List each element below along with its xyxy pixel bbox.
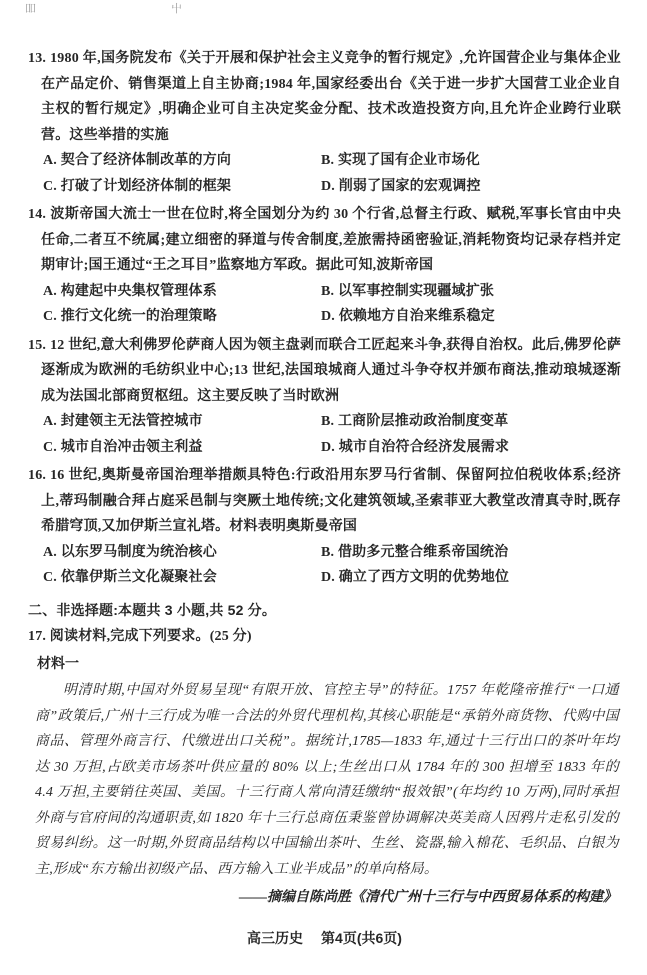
- footer-page-number: 第4页(共6页): [321, 930, 402, 946]
- options-group: A. 以东罗马制度为统治核心 B. 借助多元整合维系帝国统治 C. 依靠伊斯兰文…: [28, 540, 621, 591]
- material-1-citation: ——摘编自陈尚胜《清代广州十三行与中西贸易体系的构建》: [28, 885, 617, 911]
- question-number: 15.: [28, 338, 50, 353]
- question-stem-text: 16 世纪,奥斯曼帝国治理举措颇具特色:行政沿用东罗马行省制、保留阿拉伯税收体系…: [41, 468, 621, 534]
- option-b: B. 工商阶层推动政治制度变革: [321, 409, 621, 435]
- option-c: C. 打破了计划经济体制的框架: [43, 174, 321, 200]
- question-stem: 15.12 世纪,意大利佛罗伦萨商人因为领主盘剥而联合工匠起来斗争,获得自治权。…: [28, 333, 621, 410]
- question-number: 16.: [28, 468, 50, 483]
- option-a: A. 封建领主无法管控城市: [43, 409, 321, 435]
- page-footer: 高三历史第4页(共6页): [28, 926, 621, 952]
- question-stem: 16.16 世纪,奥斯曼帝国治理举措颇具特色:行政沿用东罗马行省制、保留阿拉伯税…: [28, 463, 621, 540]
- question-13: 13.1980 年,国务院发布《关于开展和保护社会主义竞争的暂行规定》,允许国营…: [28, 46, 621, 199]
- question-stem-text: 波斯帝国大流士一世在位时,将全国划分为约 30 个行省,总督主行政、赋税,军事长…: [41, 207, 621, 273]
- question-17-intro: 17. 阅读材料,完成下列要求。(25 分): [28, 624, 621, 650]
- question-16: 16.16 世纪,奥斯曼帝国治理举措颇具特色:行政沿用东罗马行省制、保留阿拉伯税…: [28, 463, 621, 591]
- options-group: A. 构建起中央集权管理体系 B. 以军事控制实现疆域扩张 C. 推行文化统一的…: [28, 279, 621, 330]
- option-d: D. 城市自治符合经济发展需求: [321, 435, 621, 461]
- options-group: A. 封建领主无法管控城市 B. 工商阶层推动政治制度变革 C. 城市自治冲击领…: [28, 409, 621, 460]
- option-b: B. 以军事控制实现疆域扩张: [321, 279, 621, 305]
- print-registration-mark: 吅: [25, 3, 36, 15]
- option-a: A. 契合了经济体制改革的方向: [43, 148, 321, 174]
- option-c: C. 推行文化统一的治理策略: [43, 304, 321, 330]
- question-stem: 13.1980 年,国务院发布《关于开展和保护社会主义竞争的暂行规定》,允许国营…: [28, 46, 621, 148]
- question-15: 15.12 世纪,意大利佛罗伦萨商人因为领主盘剥而联合工匠起来斗争,获得自治权。…: [28, 333, 621, 461]
- material-1-text: 明清时期,中国对外贸易呈现“有限开放、官控主导”的特征。1757 年乾隆帝推行“…: [35, 678, 619, 882]
- option-a: A. 以东罗马制度为统治核心: [43, 540, 321, 566]
- option-d: D. 确立了西方文明的优势地位: [321, 565, 621, 591]
- option-c: C. 依靠伊斯兰文化凝聚社会: [43, 565, 321, 591]
- option-b: B. 借助多元整合维系帝国统治: [321, 540, 621, 566]
- question-stem: 14.波斯帝国大流士一世在位时,将全国划分为约 30 个行省,总督主行政、赋税,…: [28, 202, 621, 279]
- option-a: A. 构建起中央集权管理体系: [43, 279, 321, 305]
- section-2-heading: 二、非选择题:本题共 3 小题,共 52 分。: [28, 598, 621, 624]
- material-1-label: 材料一: [37, 651, 621, 677]
- exam-paper-page: 吅 屮 13.1980 年,国务院发布《关于开展和保护社会主义竞争的暂行规定》,…: [0, 0, 647, 975]
- question-14: 14.波斯帝国大流士一世在位时,将全国划分为约 30 个行省,总督主行政、赋税,…: [28, 202, 621, 330]
- question-stem-text: 12 世纪,意大利佛罗伦萨商人因为领主盘剥而联合工匠起来斗争,获得自治权。此后,…: [41, 338, 621, 404]
- question-stem-text: 1980 年,国务院发布《关于开展和保护社会主义竞争的暂行规定》,允许国营企业与…: [41, 51, 621, 143]
- question-number: 14.: [28, 207, 50, 222]
- question-number: 13.: [28, 51, 50, 66]
- footer-subject: 高三历史: [247, 930, 303, 946]
- option-d: D. 依赖地方自治来维系稳定: [321, 304, 621, 330]
- option-c: C. 城市自治冲击领主利益: [43, 435, 321, 461]
- option-d: D. 削弱了国家的宏观调控: [321, 174, 621, 200]
- option-b: B. 实现了国有企业市场化: [321, 148, 621, 174]
- print-registration-mark: 屮: [171, 3, 182, 15]
- options-group: A. 契合了经济体制改革的方向 B. 实现了国有企业市场化 C. 打破了计划经济…: [28, 148, 621, 199]
